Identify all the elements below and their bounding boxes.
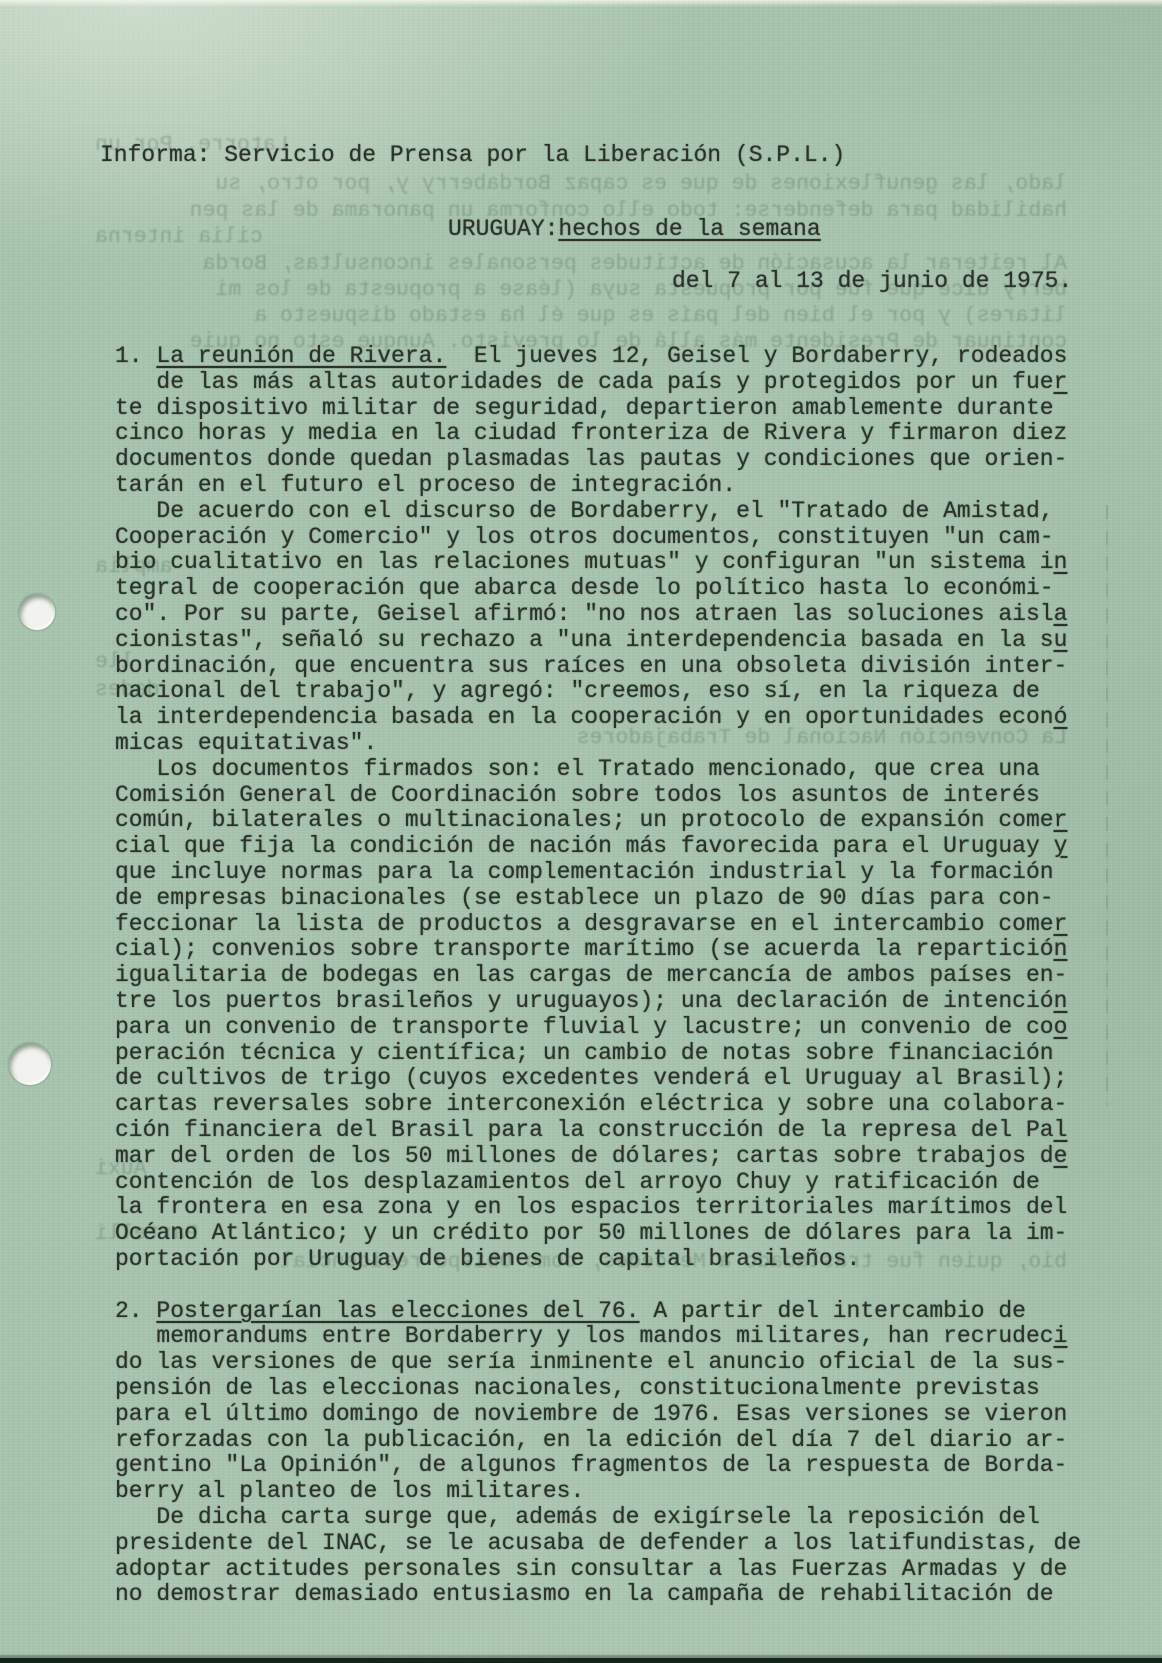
text-segment: ción financiera del Brasil para la const… <box>115 1117 1054 1143</box>
underlined-text: l <box>1054 1117 1068 1143</box>
underlined-text: Postergarían las elecciones del 76. <box>156 1298 639 1324</box>
text-segment: tegral de cooperación que abarca desde l… <box>115 575 1054 601</box>
text-line: de empresas binacionales (se establece u… <box>115 886 1081 912</box>
text-line: tegral de cooperación que abarca desde l… <box>115 576 1081 602</box>
date-range-line: del 7 al 13 de junio de 1975. <box>672 268 1072 294</box>
text-line: te dispositivo militar de seguridad, dep… <box>115 396 1081 422</box>
text-segment: de las más altas autoridades de cada paí… <box>115 369 1054 395</box>
bleedthrough-text: lado, las genuflexiones de que es capaz … <box>95 172 1067 196</box>
text-line: cial que fija la condición de nación más… <box>115 834 1081 860</box>
text-line: Cooperación y Comercio" y los otros docu… <box>115 525 1081 551</box>
hole-punch-top <box>19 594 55 630</box>
text-segment: cionistas", señaló su rechazo a "una int… <box>115 627 1054 653</box>
document-page: Latorre. Por unlado, las genuflexiones d… <box>0 0 1162 1663</box>
text-segment: cinco horas y media en la ciudad fronter… <box>115 420 1067 446</box>
text-line: berry al planteo de los militares. <box>115 1479 1081 1505</box>
text-segment: no demostrar demasiado entusiasmo en la … <box>115 1581 1054 1607</box>
text-segment: do las versiones de que sería inminente … <box>115 1349 1067 1375</box>
underlined-text: n <box>1054 549 1068 575</box>
text-line: co". Por su parte, Geisel afirmó: "no no… <box>115 602 1081 628</box>
text-segment: memorandums entre Bordaberry y los mando… <box>115 1323 1054 1349</box>
text-line: portación por Uruguay de bienes de capit… <box>115 1247 1081 1273</box>
section-1-heading-line: 1. La reunión de Rivera. El jueves 12, G… <box>115 344 1081 370</box>
text-segment: Los documentos firmados son: el Tratado … <box>115 756 1040 782</box>
text-line: la interdependencia basada en la coopera… <box>115 705 1081 731</box>
text-segment: para un convenio de transporte fluvial y… <box>115 1014 1054 1040</box>
hole-punch-bottom <box>9 1043 51 1085</box>
text-segment: portación por Uruguay de bienes de capit… <box>115 1246 860 1272</box>
text-segment: de cultivos de trigo (cuyos excedentes v… <box>115 1065 1067 1091</box>
text-line: tre los puertos brasileños y uruguayos);… <box>115 989 1081 1015</box>
text-line: reforzadas con la publicación, en la edi… <box>115 1428 1081 1454</box>
underlined-text: La reunión de Rivera. <box>156 343 446 369</box>
text-segment: Océano Atlántico; y un crédito por 50 mi… <box>115 1220 1067 1246</box>
text-line: de las más altas autoridades de cada paí… <box>115 370 1081 396</box>
text-segment: reforzadas con la publicación, en la edi… <box>115 1427 1067 1453</box>
text-segment: El jueves 12, Geisel y Bordaberry, rodea… <box>446 343 1067 369</box>
text-segment: que incluye normas para la complementaci… <box>115 859 1054 885</box>
text-line: que incluye normas para la complementaci… <box>115 860 1081 886</box>
text-line: cial); convenios sobre transporte maríti… <box>115 937 1081 963</box>
text-line: documentos donde quedan plasmadas las pa… <box>115 447 1081 473</box>
text-line: Océano Atlántico; y un crédito por 50 mi… <box>115 1221 1081 1247</box>
text-line: común, bilaterales o multinacionales; un… <box>115 808 1081 834</box>
text-segment: la frontera en esa zona y en los espacio… <box>115 1194 1067 1220</box>
underlined-text: r <box>1054 369 1068 395</box>
text-segment: De dicha carta surge que, además de exig… <box>115 1504 1040 1530</box>
text-line: ción financiera del Brasil para la const… <box>115 1118 1081 1144</box>
text-line: Los documentos firmados son: el Tratado … <box>115 757 1081 783</box>
text-line: de cultivos de trigo (cuyos excedentes v… <box>115 1066 1081 1092</box>
text-line: cartas reversales sobre interconexión el… <box>115 1092 1081 1118</box>
bleedthrough-text: litares) y por el bien del país es que é… <box>95 304 1067 328</box>
underlined-text: u <box>1054 627 1068 653</box>
text-line: cionistas", señaló su rechazo a "una int… <box>115 628 1081 654</box>
text-line: gentino "La Opinión", de algunos fragmen… <box>115 1453 1081 1479</box>
text-segment: tre los puertos brasileños y uruguayos);… <box>115 988 1054 1014</box>
document-title: URUGUAY:hechos de la semana <box>448 216 821 242</box>
text-segment: tarán en el futuro el proceso de integra… <box>115 472 736 498</box>
underlined-text: e <box>1054 1143 1068 1169</box>
text-line: contención de los desplazamientos del ar… <box>115 1170 1081 1196</box>
underlined-text: n <box>1054 988 1068 1014</box>
text-segment: micas equitativas". <box>115 730 377 756</box>
text-line: igualitaria de bodegas en las cargas de … <box>115 963 1081 989</box>
text-line: para un convenio de transporte fluvial y… <box>115 1015 1081 1041</box>
paper-crease <box>1106 505 1108 1105</box>
text-line: adoptar actitudes personales sin consult… <box>115 1557 1081 1583</box>
text-segment: presidente del INAC, se le acusaba de de… <box>115 1530 1081 1556</box>
title-country-prefix: URUGUAY: <box>448 216 558 242</box>
text-segment: Comisión General de Coordinación sobre t… <box>115 782 1040 808</box>
text-segment: igualitaria de bodegas en las cargas de … <box>115 962 1067 988</box>
text-segment: A partir del intercambio de <box>640 1298 1026 1324</box>
text-segment: documentos donde quedan plasmadas las pa… <box>115 446 1067 472</box>
text-line: Comisión General de Coordinación sobre t… <box>115 783 1081 809</box>
text-segment: mar del orden de los 50 millones de dóla… <box>115 1143 1054 1169</box>
text-segment: peración técnica y científica; un cambio… <box>115 1040 1054 1066</box>
text-line: no demostrar demasiado entusiasmo en la … <box>115 1582 1081 1608</box>
text-line: pensión de las eleccionas nacionales, co… <box>115 1376 1081 1402</box>
text-segment: la interdependencia basada en la coopera… <box>115 704 1054 730</box>
text-segment: bordinación, que encuentra sus raíces en… <box>115 653 1067 679</box>
text-line: bio cualitativo en las relaciones mutuas… <box>115 550 1081 576</box>
underlined-text: o <box>1054 1014 1068 1040</box>
text-line: tarán en el futuro el proceso de integra… <box>115 473 1081 499</box>
text-line: cinco horas y media en la ciudad fronter… <box>115 421 1081 447</box>
text-segment: Cooperación y Comercio" y los otros docu… <box>115 524 1054 550</box>
section-2-heading-line: 2. Postergarían las elecciones del 76. A… <box>115 1299 1081 1325</box>
issuer-line: Informa: Servicio de Prensa por la Liber… <box>100 142 845 168</box>
text-segment: berry al planteo de los militares. <box>115 1478 584 1504</box>
text-line: mar del orden de los 50 millones de dóla… <box>115 1144 1081 1170</box>
text-segment: bio cualitativo en las relaciones mutuas… <box>115 549 1054 575</box>
underlined-text: r <box>1054 911 1068 937</box>
underlined-text: a <box>1054 601 1068 627</box>
underlined-text: y <box>1054 833 1068 859</box>
text-line: De acuerdo con el discurso de Bordaberry… <box>115 499 1081 525</box>
text-segment: 1. <box>115 343 156 369</box>
text-segment: adoptar actitudes personales sin consult… <box>115 1556 1067 1582</box>
text-line: feccionar la lista de productos a desgra… <box>115 912 1081 938</box>
text-segment: gentino "La Opinión", de algunos fragmen… <box>115 1452 1067 1478</box>
text-segment: cartas reversales sobre interconexión el… <box>115 1091 1067 1117</box>
scan-top-edge <box>0 0 1162 7</box>
text-line: para el último domingo de noviembre de 1… <box>115 1402 1081 1428</box>
text-segment: co". Por su parte, Geisel afirmó: "no no… <box>115 601 1054 627</box>
text-segment: contención de los desplazamientos del ar… <box>115 1169 1040 1195</box>
text-segment: común, bilaterales o multinacionales; un… <box>115 807 1054 833</box>
text-segment: te dispositivo militar de seguridad, dep… <box>115 395 1054 421</box>
text-line: bordinación, que encuentra sus raíces en… <box>115 654 1081 680</box>
text-segment: cial que fija la condición de nación más… <box>115 833 1054 859</box>
text-segment: De acuerdo con el discurso de Bordaberry… <box>115 498 1054 524</box>
text-line: De dicha carta surge que, además de exig… <box>115 1505 1081 1531</box>
text-segment: 2. <box>115 1298 156 1324</box>
text-line: micas equitativas". <box>115 731 1081 757</box>
underlined-text: n <box>1054 936 1068 962</box>
underlined-text: i <box>1054 1323 1068 1349</box>
title-underlined-text: hechos de la semana <box>558 216 820 242</box>
text-segment: pensión de las eleccionas nacionales, co… <box>115 1375 1040 1401</box>
text-segment: nacional del trabajo", y agregó: "creemo… <box>115 678 1040 704</box>
text-line: do las versiones de que sería inminente … <box>115 1350 1081 1376</box>
text-segment: para el último domingo de noviembre de 1… <box>115 1401 1067 1427</box>
text-line: memorandums entre Bordaberry y los mando… <box>115 1324 1081 1350</box>
text-line: la frontera en esa zona y en los espacio… <box>115 1195 1081 1221</box>
underlined-text: ó <box>1054 704 1068 730</box>
text-line: peración técnica y científica; un cambio… <box>115 1041 1081 1067</box>
text-line: nacional del trabajo", y agregó: "creemo… <box>115 679 1081 705</box>
text-segment: feccionar la lista de productos a desgra… <box>115 911 1054 937</box>
underlined-text: r <box>1054 807 1068 833</box>
document-body: 1. La reunión de Rivera. El jueves 12, G… <box>115 344 1081 1608</box>
text-segment: de empresas binacionales (se establece u… <box>115 885 1054 911</box>
text-line: presidente del INAC, se le acusaba de de… <box>115 1531 1081 1557</box>
text-segment: cial); convenios sobre transporte maríti… <box>115 936 1054 962</box>
scan-bottom-edge <box>0 1654 1162 1663</box>
